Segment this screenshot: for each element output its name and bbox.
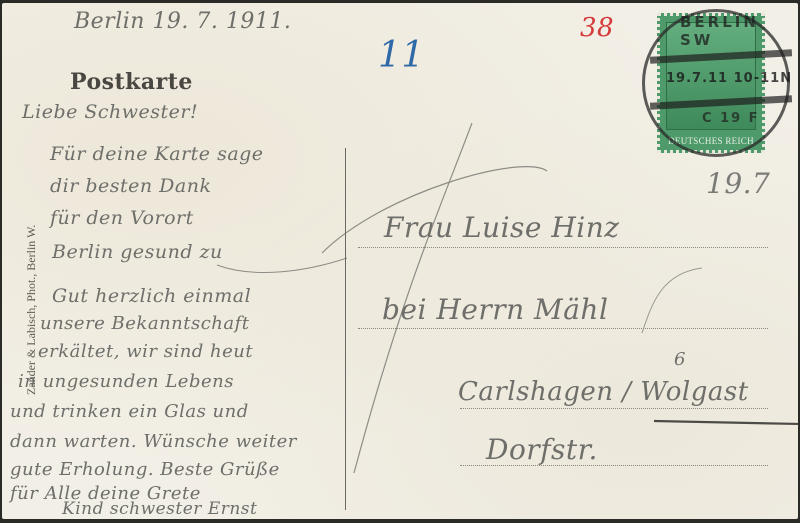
address-line: bei Herrn Mähl <box>382 293 608 326</box>
message-line: Gut herzlich einmal <box>52 285 251 307</box>
postmark-bottom-code: C 19 F <box>702 111 760 126</box>
message-line: dir besten Dank <box>50 175 212 197</box>
message-line: dann warten. Wünsche weiter <box>10 431 297 452</box>
address-line: Frau Luise Hinz <box>384 211 620 244</box>
red-number-marking: 38 <box>580 13 614 43</box>
postcard-back: Berlin 19. 7. 1911. Postkarte 38 11 19.7… <box>2 3 798 519</box>
address-dotted-line <box>358 247 768 248</box>
publisher-imprint: Zander & Labisch, Phot., Berlin W. <box>24 225 39 395</box>
pencil-date-marking: 19.7 <box>706 167 770 200</box>
postmark-date: 19.7.11 10-11N <box>666 71 792 86</box>
message-line: in ungesunden Lebens <box>18 371 234 392</box>
postmark-city: BERLIN SW <box>680 13 798 49</box>
message-address-divider <box>345 148 346 510</box>
message-line: Liebe Schwester! <box>22 101 198 123</box>
address-line: Carlshagen / Wolgast <box>458 377 749 407</box>
place-date-annotation: Berlin 19. 7. 1911. <box>74 9 291 34</box>
message-line: Berlin gesund zu <box>52 241 223 263</box>
message-line: und trinken ein Glas und <box>10 401 249 422</box>
address-dotted-line <box>358 328 768 329</box>
blue-number-marking: 11 <box>378 35 425 76</box>
address-line: Dorfstr. <box>486 433 598 466</box>
address-dotted-line <box>460 408 768 409</box>
message-line: gute Erholung. Beste Grüße <box>10 459 280 480</box>
address-dotted-line <box>460 465 768 466</box>
message-signature: Kind schwester Ernst <box>62 499 257 519</box>
message-line: unsere Bekanntschaft <box>40 313 250 334</box>
message-line: für den Vorort <box>50 207 194 229</box>
address-house-number: 6 <box>674 349 686 370</box>
postkarte-heading: Postkarte <box>70 69 193 95</box>
message-line: Für deine Karte sage <box>50 143 264 165</box>
message-line: erkältet, wir sind heut <box>38 341 253 362</box>
